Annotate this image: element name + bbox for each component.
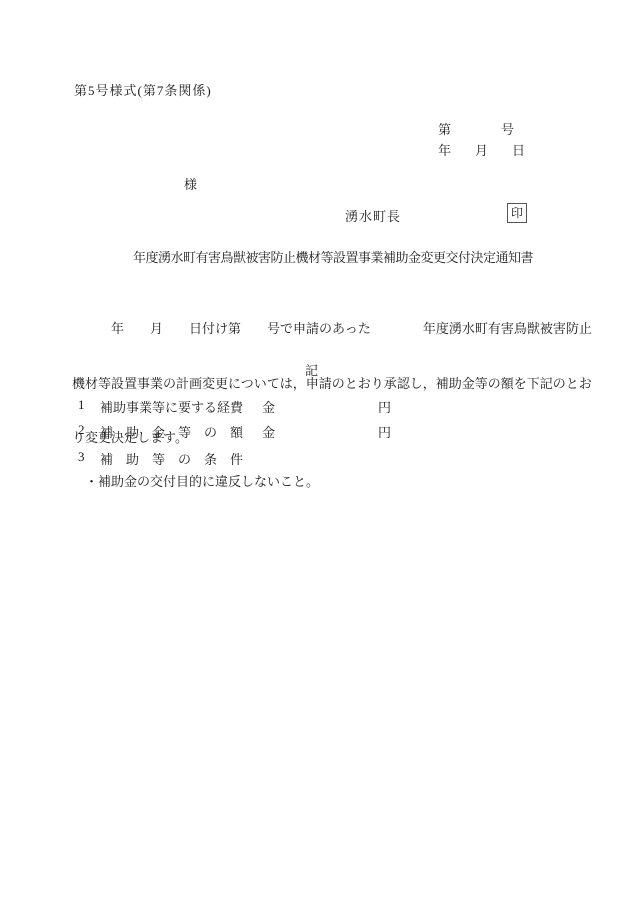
currency-prefix: 金 [262,397,275,416]
document-number-prefix: 第 [438,119,451,138]
record-heading: 記 [0,360,624,379]
item-row-conditions: 3 補 助 等 の 条 件 [0,449,630,466]
date-day-label: 日 [512,140,525,159]
date-year-label: 年 [438,140,451,159]
body-line-1: 年 月 日付け第 号で申請のあった 年度湧水町有害鳥獣被害防止 [72,318,572,341]
seal-mark: 印 [507,203,527,223]
form-number-label: 第5号様式(第7条関係) [74,80,212,99]
item-label: 補 助 金 等 の 額 [100,422,243,441]
item-row-expenses: 1 補助事業等に要する経費 金 円 [0,397,630,414]
item-number: 2 [78,422,85,438]
document-number-suffix: 号 [501,119,514,138]
document-page: 第5号様式(第7条関係) 第 号 年 月 日 様 湧水町長 印 年度湧水町有害鳥… [0,0,630,903]
item-number: 3 [78,449,85,465]
item-row-subsidy-amount: 2 補 助 金 等 の 額 金 円 [0,422,630,439]
item-number: 1 [78,397,85,413]
currency-suffix: 円 [378,422,391,441]
condition-note: ・補助金の交付目的に違反しないこと。 [85,471,319,490]
addressee-honorific: 様 [184,174,197,193]
currency-suffix: 円 [378,397,391,416]
issuer-name: 湧水町長 [345,206,401,225]
document-title: 年度湧水町有害鳥獣被害防止機材等設置事業補助金変更交付決定通知書 [133,247,533,266]
currency-prefix: 金 [262,422,275,441]
item-label: 補助事業等に要する経費 [100,397,243,416]
item-label: 補 助 等 の 条 件 [100,449,243,468]
date-month-label: 月 [475,140,488,159]
